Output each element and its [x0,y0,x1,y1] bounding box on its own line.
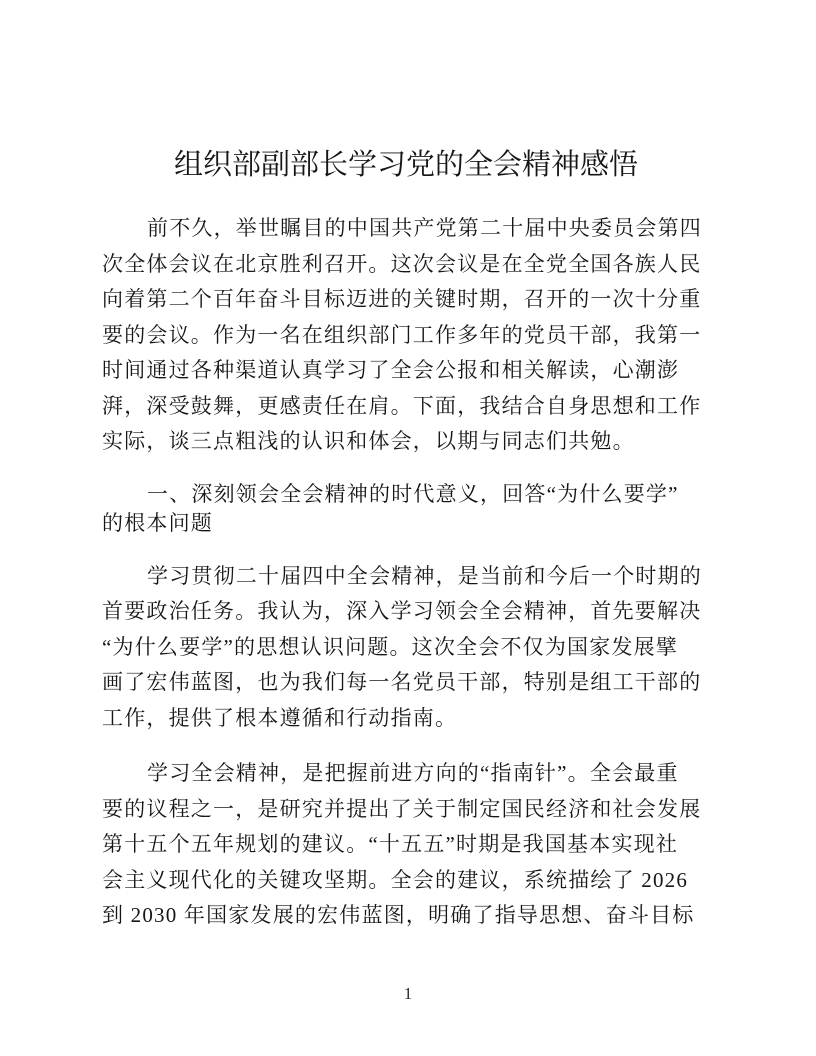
document-content: 组织部副部长学习党的全会精神感悟 前不久，举世瞩目的中国共产党第二十届中央委员会… [0,144,816,934]
page-number: 1 [0,983,816,1005]
document-title: 组织部副部长学习党的全会精神感悟 [102,144,710,186]
paragraph-compass: 学习全会精神，是把握前进方向的“指南针”。全会最重 要的议程之一，是研究并提出了… [102,756,710,934]
document-page: 组织部副部长学习党的全会精神感悟 前不久，举世瞩目的中国共产党第二十届中央委员会… [0,0,816,1056]
paragraph-why-learn: 学习贯彻二十届四中全会精神，是当前和今后一个时期的 首要政治任务。我认为，深入学… [102,559,710,737]
section-heading-1: 一、深刻领会全会精神的时代意义，回答“为什么要学” 的根本问题 [102,480,710,538]
paragraph-intro: 前不久，举世瞩目的中国共产党第二十届中央委员会第四 次全体会议在北京胜利召开。这… [102,211,710,460]
